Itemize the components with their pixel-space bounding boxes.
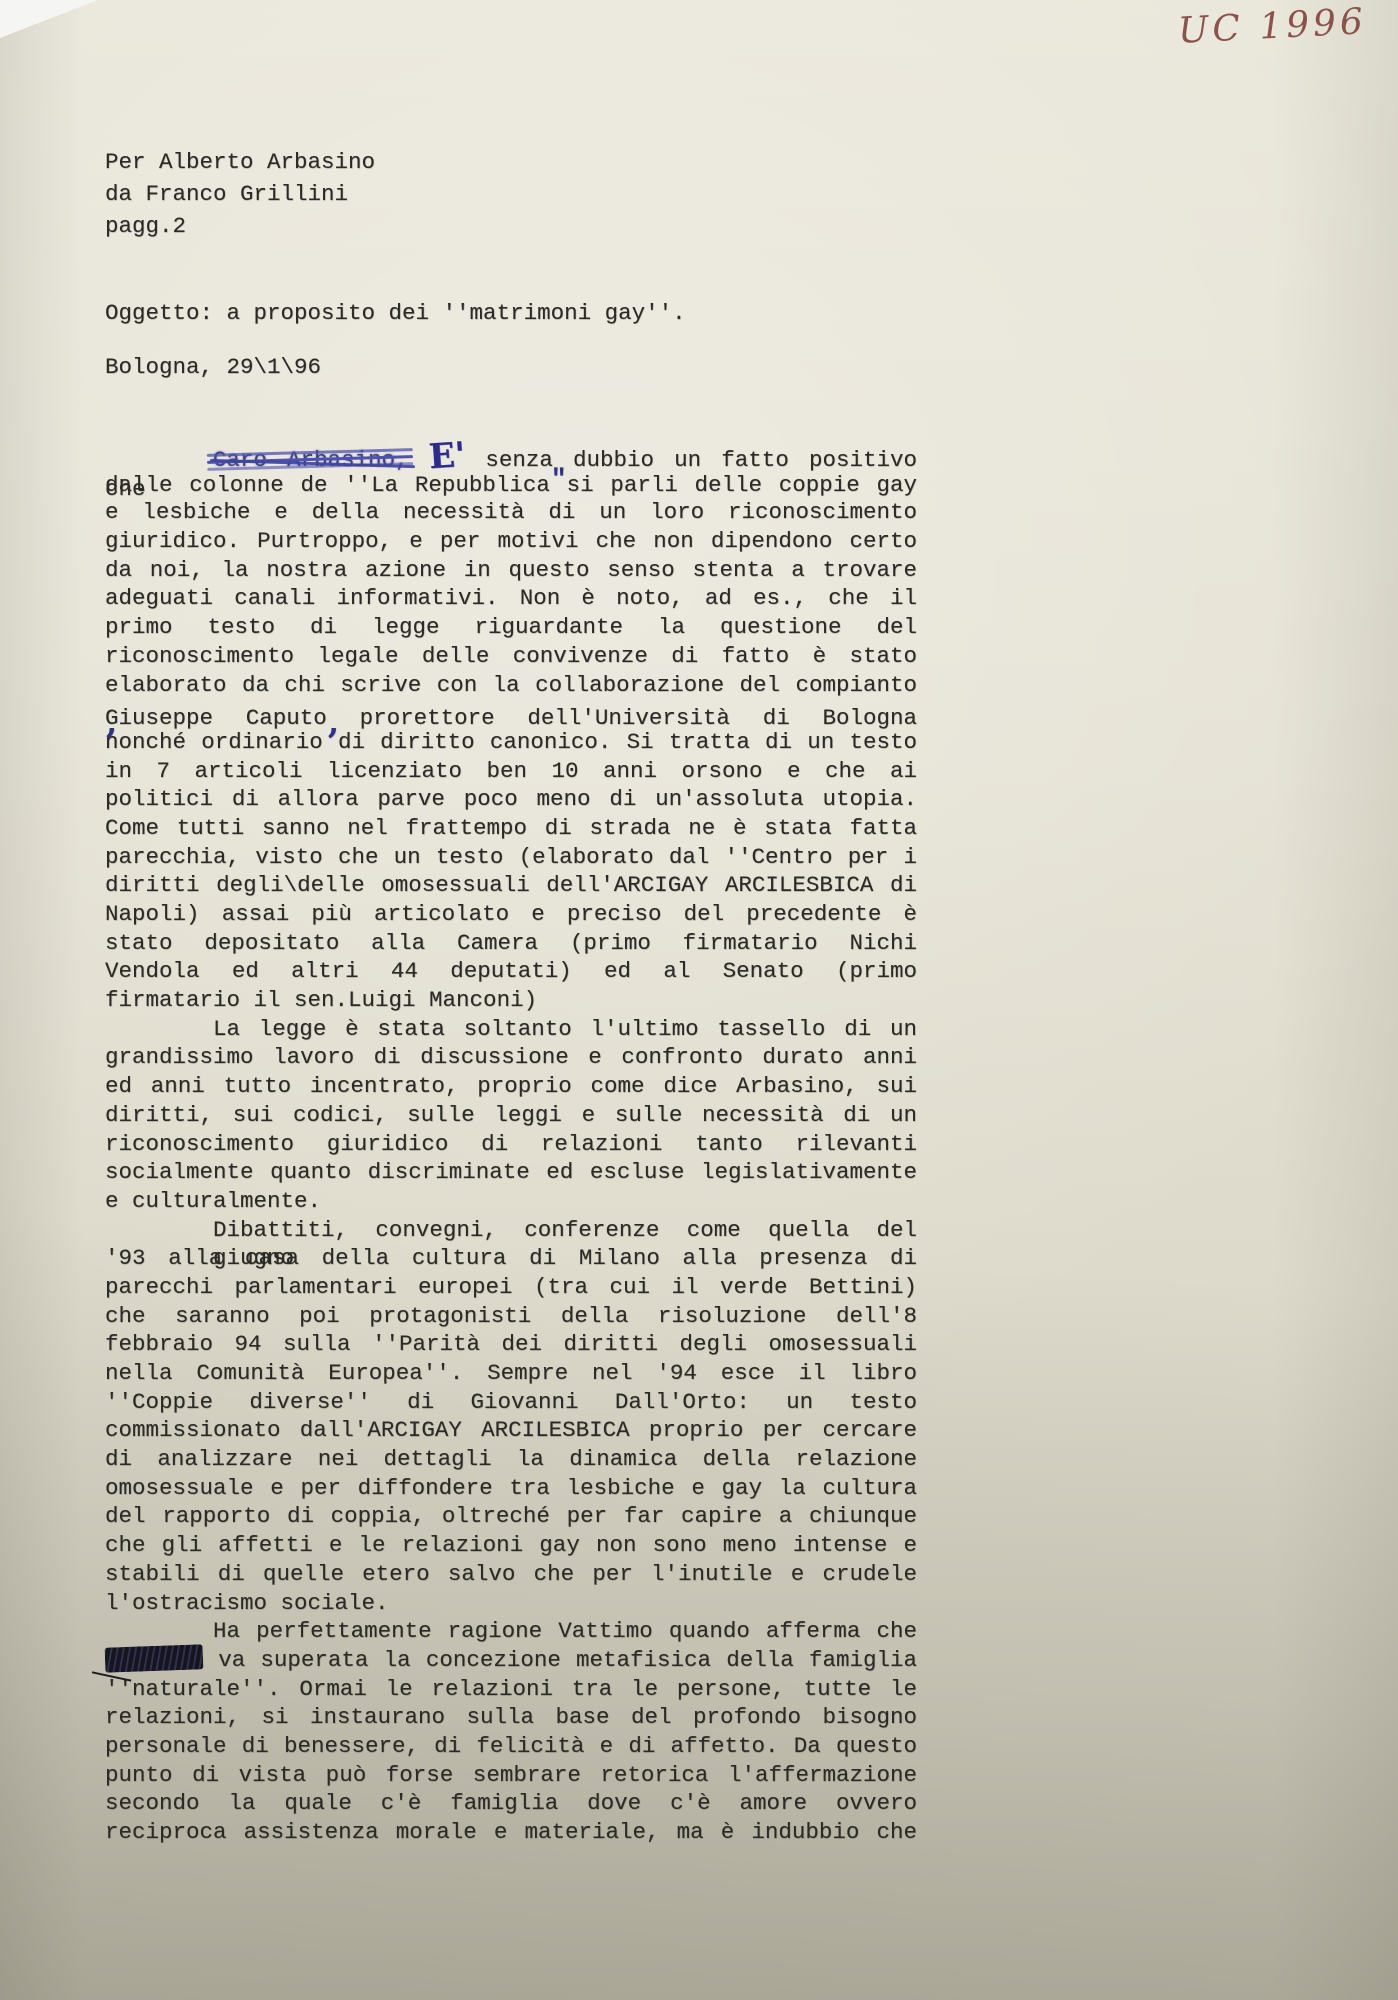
typed-line: Dibattiti, convegni, conferenze come que… (105, 1216, 917, 1245)
typed-line: punto di vista può forse sembrare retori… (105, 1761, 917, 1790)
typed-text: si parli delle coppie gay (567, 472, 917, 498)
typed-line: ''naturale''. Ormai le relazioni tra le … (105, 1675, 917, 1704)
typed-line-with-ink-blot: va superata la concezione metafisica del… (105, 1646, 917, 1675)
struck-out-salutation: Caro Arbasino, (213, 447, 409, 473)
subject-line: Oggetto: a proposito dei ''matrimoni gay… (105, 300, 686, 326)
typed-line: adeguati canali informativi. Non è noto,… (105, 584, 917, 613)
typed-line: stabili di quelle etero salvo che per l'… (105, 1560, 917, 1589)
recipient-line: Per Alberto Arbasino (105, 146, 375, 178)
typed-text: va superata la concezione metafisica del… (218, 1647, 917, 1673)
typed-line: di analizzare nei dettagli la dinamica d… (105, 1445, 917, 1474)
typed-line: riconoscimento giuridico di relazioni ta… (105, 1130, 917, 1159)
typed-line: Vendola ed altri 44 deputati) ed al Sena… (105, 957, 917, 986)
typed-line: diritti, sui codici, sulle leggi e sulle… (105, 1101, 917, 1130)
typed-line: secondo la quale c'è famiglia dove c'è a… (105, 1789, 917, 1818)
paragraph1-lines-continued: nonché ordinario di diritto canonico. Si… (105, 728, 917, 986)
paragraph4-lines: ''naturale''. Ormai le relazioni tra le … (105, 1675, 917, 1847)
typed-line: La legge è stata soltanto l'ultimo tasse… (105, 1015, 917, 1044)
typed-line: Napoli) assai più articolato e preciso d… (105, 900, 917, 929)
salutation-line: Caro Arbasino, E' senza dubbio un fatto … (105, 441, 917, 470)
typed-line: da noi, la nostra azione in questo senso… (105, 556, 917, 585)
typed-line: primo testo di legge riguardante la ques… (105, 613, 917, 642)
typed-line: '93 alla casa della cultura di Milano al… (105, 1244, 917, 1273)
paragraph2-lines: grandissimo lavoro di discussione e conf… (105, 1043, 917, 1186)
typed-line: ed anni tutto incentrato, proprio come d… (105, 1072, 917, 1101)
typed-line: giuridico. Purtroppo, e per motivi che n… (105, 527, 917, 556)
letter-body: Caro Arbasino, E' senza dubbio un fatto … (105, 441, 917, 1847)
typed-line: e lesbiche e della necessità di un loro … (105, 498, 917, 527)
pages-line: pagg.2 (105, 210, 375, 242)
typed-line: febbraio 94 sulla ''Parità dei diritti d… (105, 1330, 917, 1359)
typed-text: dalle colonne de ''La Repubblica (105, 472, 550, 498)
typed-line: e culturalmente. (105, 1187, 917, 1216)
typed-line: firmatario il sen.Luigi Manconi) (105, 986, 917, 1015)
typed-line: ''Coppie diverse'' di Giovanni Dall'Orto… (105, 1388, 917, 1417)
typed-line: nella Comunità Europea''. Sempre nel '94… (105, 1359, 917, 1388)
letter-header: Per Alberto Arbasino da Franco Grillini … (105, 146, 375, 242)
typed-line-with-inserted-quote: dalle colonne de ''La Repubblica" si par… (105, 470, 917, 499)
typed-line: socialmente quanto discriminate ed esclu… (105, 1158, 917, 1187)
sender-line: da Franco Grillini (105, 178, 375, 210)
photographed-letter-page: { "page": { "code_annotation": "UC 1996"… (0, 0, 1398, 2000)
typed-line: reciproca assistenza morale e materiale,… (105, 1818, 917, 1847)
typed-line: personale di benessere, di felicità e di… (105, 1732, 917, 1761)
typed-line: che saranno poi protagonisti della risol… (105, 1302, 917, 1331)
handwritten-comma: , (106, 708, 933, 738)
typed-line: commissionato dall'ARCIGAY ARCILESBICA p… (105, 1416, 917, 1445)
typed-line: grandissimo lavoro di discussione e conf… (105, 1043, 917, 1072)
typed-line: diritti degli\delle omosessuali dell'ARC… (105, 871, 917, 900)
typed-line: che gli affetti e le relazioni gay non s… (105, 1531, 917, 1560)
typed-line: in 7 articoli licenziato ben 10 anni ors… (105, 757, 917, 786)
typed-line: relazioni, si instaurano sulla base del … (105, 1703, 917, 1732)
typed-line: politici di allora parve poco meno di un… (105, 785, 917, 814)
typed-line: parecchi parlamentari europei (tra cui i… (105, 1273, 917, 1302)
typed-line: del rapporto di coppia, oltreché per far… (105, 1502, 917, 1531)
typed-line: l'ostracismo sociale. (105, 1589, 917, 1618)
typed-line: riconoscimento legale delle convivenze d… (105, 642, 917, 671)
paragraph3-lines: '93 alla casa della cultura di Milano al… (105, 1244, 917, 1588)
paragraph1-lines: e lesbiche e della necessità di un loro … (105, 498, 917, 699)
typed-line: parecchia, visto che un testo (elaborato… (105, 843, 917, 872)
typed-line: Ha perfettamente ragione Vattimo quando … (105, 1617, 917, 1646)
dateline: Bologna, 29\1\96 (105, 354, 321, 380)
typed-line: omosessuale e per diffondere tra lesbich… (105, 1474, 917, 1503)
handwritten-capital-e: E' (428, 441, 466, 472)
typed-line: stato depositato alla Camera (primo firm… (105, 929, 917, 958)
typed-line-with-inserted-commas: Giuseppe Caputo, prorettore dell'Univers… (105, 699, 917, 728)
pen-scribble-blot (105, 1644, 204, 1672)
typed-line: Come tutti sanno nel frattempo di strada… (105, 814, 917, 843)
typed-line: elaborato da chi scrive con la collabora… (105, 671, 917, 700)
